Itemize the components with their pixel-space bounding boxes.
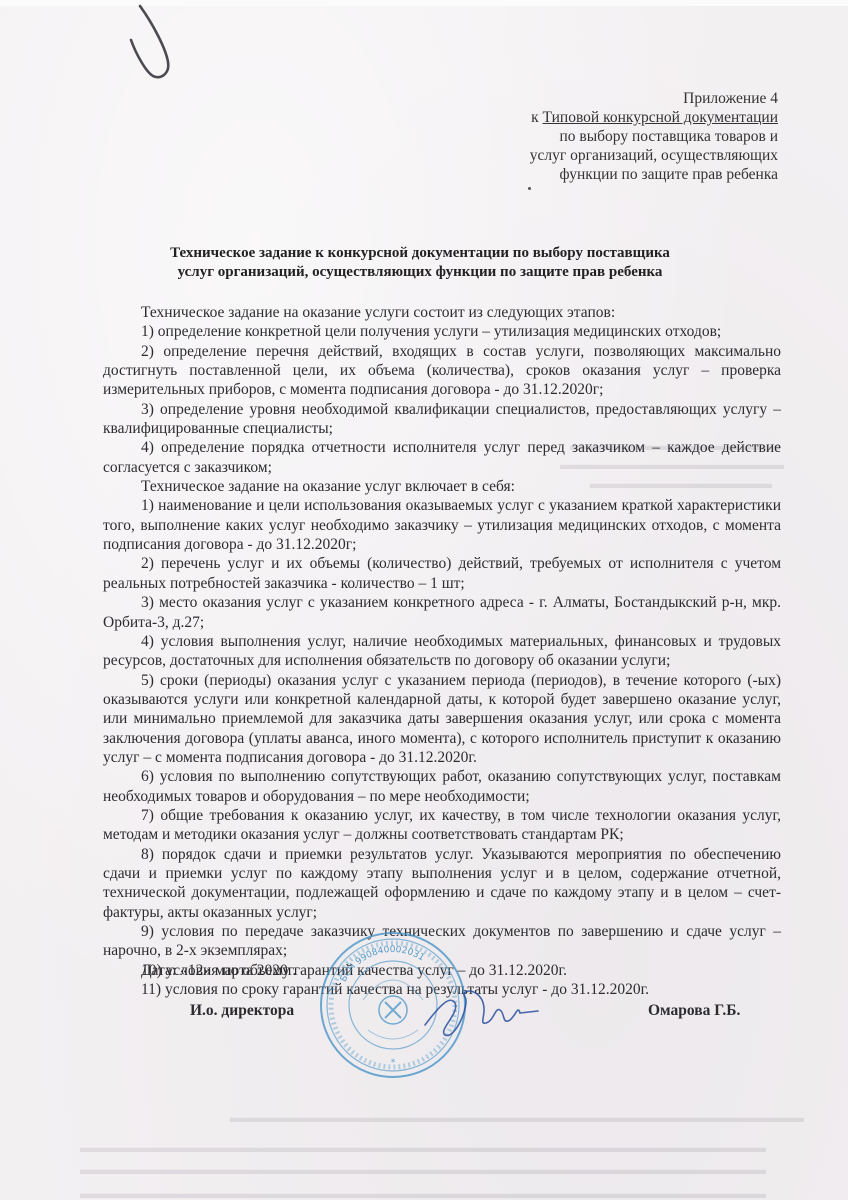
appendix-header: Приложение 4 к Типовой конкурсной докуме… — [418, 89, 778, 184]
title-line: услуг организаций, осуществляющих функци… — [100, 263, 740, 282]
appendix-line: по выбору поставщика товаров и — [418, 127, 778, 146]
bleed-through-text: ▬▬▬▬▬▬▬▬▬▬▬▬▬▬▬▬▬▬▬▬▬▬▬▬▬▬▬▬▬▬▬▬▬▬▬▬▬▬▬▬… — [80, 1186, 766, 1200]
appendix-reference: к Типовой конкурсной документации — [418, 108, 778, 127]
paragraph: Техническое задание на оказание услуг вк… — [103, 477, 781, 496]
paragraph: 3) место оказания услуг с указанием конк… — [103, 593, 781, 632]
bleed-through-text: ▬▬▬▬▬▬▬▬▬▬▬▬▬▬▬▬▬▬▬▬▬▬▬▬▬▬▬▬▬▬▬▬▬▬▬▬▬▬▬▬… — [80, 1162, 766, 1180]
document-body: Техническое задание на оказание услуги с… — [103, 303, 781, 999]
document-page: ▬▬▬▬▬▬▬▬▬▬▬▬▬▬▬ ▬▬▬▬▬▬▬▬▬▬▬▬▬▬▬▬ ▬▬▬▬▬▬▬… — [0, 0, 848, 1200]
signatory-name: Омарова Г.Б. — [648, 1002, 740, 1020]
appendix-doc-link: Типовой конкурсной документации — [543, 109, 778, 126]
paragraph: 4) определение порядка отчетности исполн… — [103, 438, 781, 477]
paragraph: 6) условия по выполнению сопутствующих р… — [103, 767, 781, 806]
paragraph: 7) общие требования к оказанию услуг, их… — [103, 806, 781, 845]
svg-text:*: * — [391, 1058, 396, 1068]
paragraph: 8) порядок сдачи и приемки результатов у… — [103, 845, 781, 922]
paragraph: 3) определение уровня необходимой квалиф… — [103, 400, 781, 439]
appendix-prefix: к — [531, 109, 542, 126]
bleed-through-text: ▬▬▬▬▬▬▬▬▬▬▬▬▬▬▬▬▬▬▬▬▬▬▬▬▬▬▬▬▬▬▬▬▬▬▬▬▬▬▬▬… — [80, 1140, 766, 1158]
paragraph: 2) определение перечня действий, входящи… — [103, 342, 781, 400]
paragraph: 1) наименование и цели использования ока… — [103, 496, 781, 554]
paragraph: Техническое задание на оказание услуги с… — [103, 303, 781, 322]
appendix-number: Приложение 4 — [418, 89, 778, 108]
speck — [528, 187, 531, 190]
paragraph: 5) сроки (периоды) оказания услуг с указ… — [103, 671, 781, 768]
paperclip-icon — [128, 4, 174, 82]
document-title: Техническое задание к конкурсной докумен… — [100, 244, 740, 282]
signatory-title: И.о. директора — [190, 1002, 294, 1020]
bleed-through-text: ▬▬▬▬▬▬▬▬▬▬▬▬▬▬▬▬▬▬▬▬▬▬▬▬▬▬▬▬▬▬▬▬▬▬▬▬▬▬▬▬… — [230, 1110, 804, 1128]
document-date: Дата: «12» марта 2020г. — [141, 962, 296, 980]
svg-text:БСН 990840002031: БСН 990840002031 — [339, 945, 426, 984]
paragraph: 4) условия выполнения услуг, наличие нео… — [103, 632, 781, 671]
appendix-line: услуг организаций, осуществляющих — [418, 146, 778, 165]
title-line: Техническое задание к конкурсной докумен… — [100, 244, 740, 263]
appendix-line: функции по защите прав ребенка — [418, 165, 778, 184]
handwritten-signature-icon — [420, 985, 540, 1040]
paragraph: 2) перечень услуг и их объемы (количеств… — [103, 554, 781, 593]
paragraph: 1) определение конкретной цели получения… — [103, 322, 781, 341]
